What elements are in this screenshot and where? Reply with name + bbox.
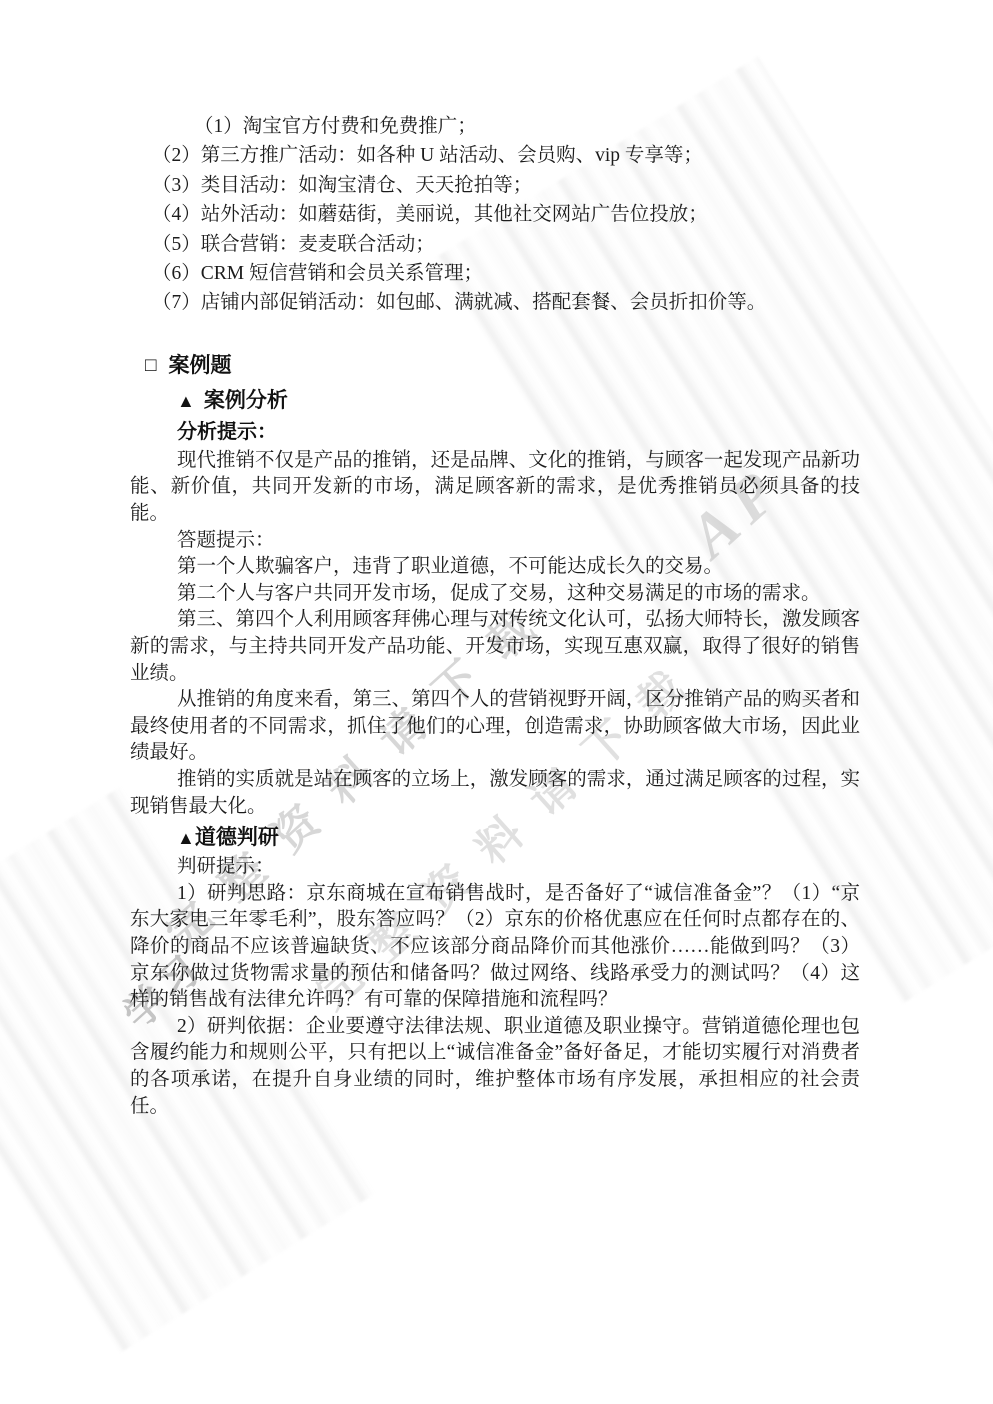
list-item: （3）类目活动：如淘宝清仓、天天抢拍等； xyxy=(130,171,860,200)
analysis-hint-label: 分析提示： xyxy=(177,417,860,447)
answer-paragraph: 推销的实质就是站在顾客的立场上，激发顾客的需求，通过满足顾客的过程，实现销售最大… xyxy=(130,767,860,820)
triangle-bullet-icon: ▲ xyxy=(177,391,195,411)
ethics-hint-label: 判研提示： xyxy=(130,854,860,881)
list-item: （1）淘宝官方付费和免费推广； xyxy=(130,112,860,141)
answer-paragraph: 第一个人欺骗客户，违背了职业道德，不可能达成长久的交易。 xyxy=(130,554,860,581)
document-content: （1）淘宝官方付费和免费推广； （2）第三方推广活动：如各种 U 站活动、会员购… xyxy=(130,112,860,1120)
list-item: （7）店铺内部促销活动：如包邮、满就减、搭配套餐、会员折扣价等。 xyxy=(130,288,860,317)
case-analysis-title: 案例分析 xyxy=(204,389,288,412)
case-analysis-heading: ▲案例分析 xyxy=(177,385,860,417)
triangle-bullet-icon: ▲ xyxy=(177,828,195,848)
ethics-paragraph: 1）研判思路：京东商城在宣布销售战时，是否备好了“诚信准备金”？（1）“京东大家… xyxy=(130,881,860,1014)
case-section-title: 案例题 xyxy=(168,354,231,377)
list-item: （6）CRM 短信营销和会员关系管理； xyxy=(130,259,860,288)
answer-hint-label: 答题提示： xyxy=(130,528,860,555)
list-item: （2）第三方推广活动：如各种 U 站活动、会员购、vip 专享等； xyxy=(130,141,860,170)
list-item: （4）站外活动：如蘑菇街，美丽说，其他社交网站广告位投放； xyxy=(130,200,860,229)
ethics-paragraph: 2）研判依据：企业要遵守法律法规、职业道德及职业操守。营销道德伦理也包含履约能力… xyxy=(130,1014,860,1120)
answer-paragraph: 第二个人与客户共同开发市场，促成了交易，这种交易满足的市场的需求。 xyxy=(130,581,860,608)
promotion-list: （1）淘宝官方付费和免费推广； （2）第三方推广活动：如各种 U 站活动、会员购… xyxy=(130,112,860,318)
ethics-section-heading: ▲道德判研 xyxy=(177,822,860,854)
analysis-paragraph: 现代推销不仅是产品的推销，还是品牌、文化的推销，与顾客一起发现产品新功能、新价值… xyxy=(130,448,860,528)
answer-paragraph: 第三、第四个人利用顾客拜佛心理与对传统文化认可，弘扬大师特长，激发顾客新的需求，… xyxy=(130,607,860,687)
square-bullet-icon: □ xyxy=(145,350,156,382)
answer-paragraph: 从推销的角度来看，第三、第四个人的营销视野开阔，区分推销产品的购买者和最终使用者… xyxy=(130,687,860,767)
document-page: 完整资料请下载 完整资料请下载 AP 学习 （1）淘宝官方付费和免费推广； （2… xyxy=(0,0,993,1404)
case-section-heading: □案例题 xyxy=(145,350,860,383)
ethics-section-title: 道德判研 xyxy=(195,826,279,849)
list-item: （5）联合营销：麦麦联合活动； xyxy=(130,230,860,259)
